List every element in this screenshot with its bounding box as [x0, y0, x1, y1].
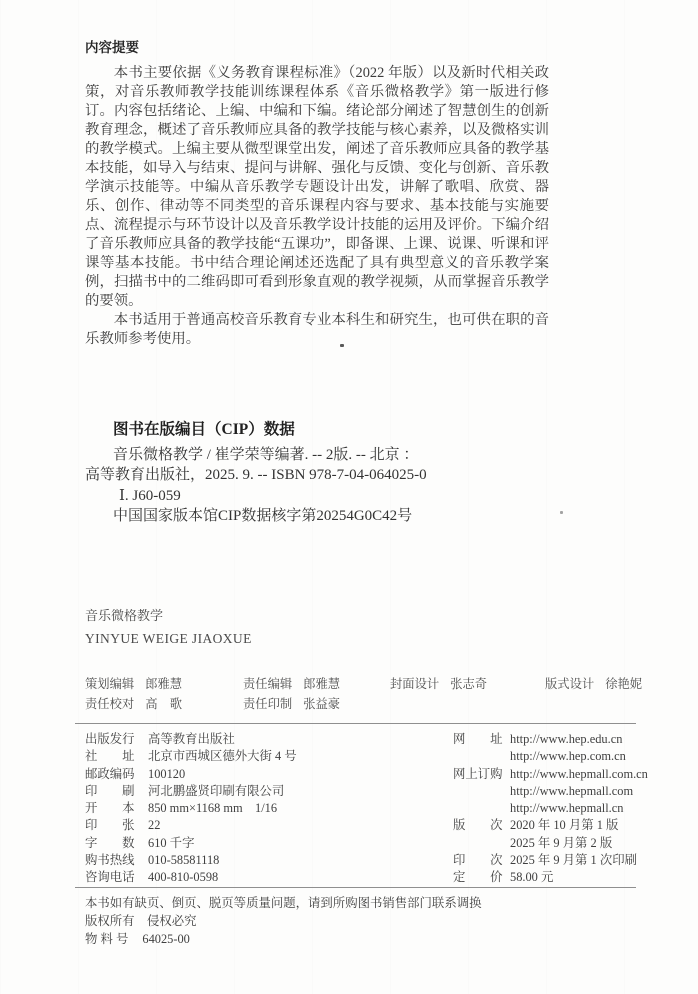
pub-row-postcode: 邮政编码100120	[85, 766, 425, 783]
credit-proofreader: 责任校对高 歌	[85, 694, 182, 712]
cip-data-block: 图书在版编目（CIP）数据 音乐微格教学 / 崔学荣等编著. -- 2版. --…	[85, 420, 525, 527]
cip-line: 高等教育出版社，2025. 9. -- ISBN 978-7-04-064025…	[85, 465, 525, 486]
staff-credits: 策划编辑郎雅慧 责任编辑郎雅慧 封面设计张志奇 版式设计徐艳妮 责任校对高 歌 …	[85, 674, 655, 714]
credits-row: 责任校对高 歌 责任印制张益豪	[85, 694, 655, 714]
pub-row-edition: 版 次2020 年 10 月第 1 版	[453, 817, 653, 834]
cip-line: 音乐微格教学 / 崔学荣等编著. -- 2版. -- 北京 ：	[85, 445, 525, 466]
book-copyright-page: 内容提要 本书主要依据《义务教育课程标准》（2022 年版）以及新时代相关政策，…	[0, 0, 698, 994]
material-number-value: 64025-00	[142, 932, 190, 946]
cip-line: Ⅰ. J60-059	[85, 486, 525, 507]
credit-responsible-editor: 责任编辑郎雅慧	[243, 674, 340, 692]
divider-rule-bottom	[75, 887, 636, 888]
pub-row-inquiry-phone: 咨询电话400-810-0598	[85, 869, 425, 886]
publishing-left-column: 出版发行高等教育出版社 社 址北京市西城区德外大街 4 号 邮政编码100120…	[85, 731, 425, 887]
pub-row-impression: 印 次2025 年 9 月第 1 次印刷	[453, 852, 653, 869]
material-number-row: 物 料 号64025-00	[85, 930, 645, 948]
pub-row-online-order: http://www.hepmall.cn	[453, 800, 653, 817]
pub-row-format: 开 本850 mm×1168 mm 1/16	[85, 800, 425, 817]
material-number-label: 物 料 号	[85, 932, 128, 946]
pub-row-order-hotline: 购书热线010-58581118	[85, 852, 425, 869]
credit-layout-design: 版式设计徐艳妮	[545, 674, 642, 692]
divider-rule-top	[75, 723, 636, 724]
credit-planning-editor: 策划编辑郎雅慧	[85, 674, 182, 692]
pub-row-sheets: 印 张22	[85, 817, 425, 834]
credits-row: 策划编辑郎雅慧 责任编辑郎雅慧 封面设计张志奇 版式设计徐艳妮	[85, 674, 655, 694]
content-summary: 内容提要 本书主要依据《义务教育课程标准》（2022 年版）以及新时代相关政策，…	[85, 36, 549, 349]
pub-row-online-order: 网上订购http://www.hepmall.com.cn	[453, 766, 653, 783]
pub-row-wordcount: 字 数610 千字	[85, 835, 425, 852]
pub-row-website: 网 址http://www.hep.edu.cn	[453, 731, 653, 748]
pub-row-website: http://www.hep.com.cn	[453, 748, 653, 765]
credit-cover-design: 封面设计张志奇	[390, 674, 487, 692]
pub-row-online-order: http://www.hepmall.com	[453, 783, 653, 800]
footer-notices: 本书如有缺页、倒页、脱页等质量问题，请到所购图书销售部门联系调换 版权所有 侵权…	[85, 894, 645, 948]
credit-print-supervisor: 责任印制张益豪	[243, 694, 340, 712]
pub-row-address: 社 址北京市西城区德外大街 4 号	[85, 748, 425, 765]
summary-paragraph-2: 本书适用于普通高校音乐教育专业本科生和研究生，也可供在职的音乐教师参考使用。	[85, 311, 549, 349]
pub-row-edition: 2025 年 9 月第 2 版	[453, 835, 653, 852]
quality-notice: 本书如有缺页、倒页、脱页等质量问题，请到所购图书销售部门联系调换	[85, 894, 645, 912]
summary-paragraph-1: 本书主要依据《义务教育课程标准》（2022 年版）以及新时代相关政策，对音乐教师…	[85, 64, 549, 311]
scan-speck	[340, 344, 344, 347]
pub-row-price: 定 价58.00 元	[453, 869, 653, 886]
book-title-pinyin: YINYUE WEIGE JIAOXUE	[85, 631, 252, 647]
summary-heading: 内容提要	[85, 36, 549, 56]
cip-heading: 图书在版编目（CIP）数据	[85, 420, 525, 441]
copyright-notice: 版权所有 侵权必究	[85, 912, 645, 930]
cip-line: 中国国家版本馆CIP数据核字第20254G0C42号	[85, 506, 525, 527]
book-title-cn: 音乐微格教学	[85, 605, 252, 624]
pub-row-publisher: 出版发行高等教育出版社	[85, 731, 425, 748]
book-title-block: 音乐微格教学 YINYUE WEIGE JIAOXUE	[85, 605, 252, 647]
scan-speck	[560, 511, 563, 514]
pub-row-printer: 印 刷河北鹏盛贤印刷有限公司	[85, 783, 425, 800]
publishing-right-column: 网 址http://www.hep.edu.cn http://www.hep.…	[453, 731, 653, 887]
